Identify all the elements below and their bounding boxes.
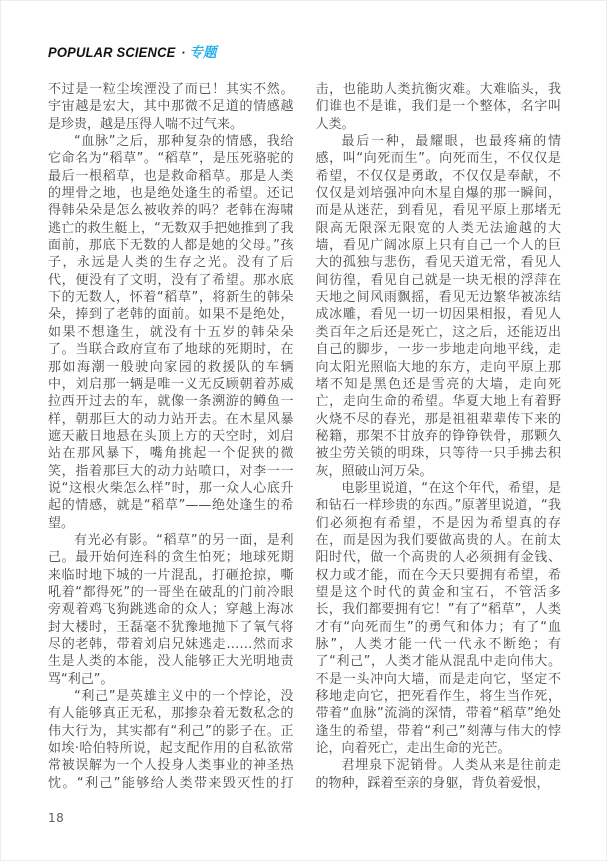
article-paragraph: 不过是一粒尘埃湮没了而已！其实不然。宇宙越是宏大，其中那微不足道的情感越是珍贵，… [48,81,294,133]
article-body: 不过是一粒尘埃湮没了而已！其实不然。宇宙越是宏大，其中那微不足道的情感越是珍贵，… [48,81,561,795]
article-paragraph: 电影里说道，“在这个年代，希望，是和钻石一样珍贵的东西。”原著里说道，“我们必须… [316,480,562,758]
header-separator-dot: · [181,45,185,60]
page-header: POPULAR SCIENCE·专题 [48,42,217,62]
article-paragraph: 最后一种，最耀眼，也最疼痛的情感，叫“向死而生”。向死而生，不仅仅是希望，不仅仅… [316,133,562,480]
magazine-title: POPULAR SCIENCE [48,45,175,60]
article-paragraph: 君埋泉下泥销骨。人类从来是往前走的物种，踩着至亲的身躯，背负着爱恨， [316,757,562,792]
article-paragraph: “血脉”之后，那种复杂的情感，我给它命名为“稻草”。“稻草”，是压死骆驼的最后一… [48,133,294,532]
magazine-page: POPULAR SCIENCE·专题 不过是一粒尘埃湮没了而已！其实不然。宇宙越… [0,0,607,861]
article-paragraph: 有光必有影。“稻草”的另一面，是利己。最开始何连科的贪生怕死；地球死期来临时地下… [48,532,294,688]
page-number: 18 [48,811,64,825]
section-tag: 专题 [189,44,216,60]
